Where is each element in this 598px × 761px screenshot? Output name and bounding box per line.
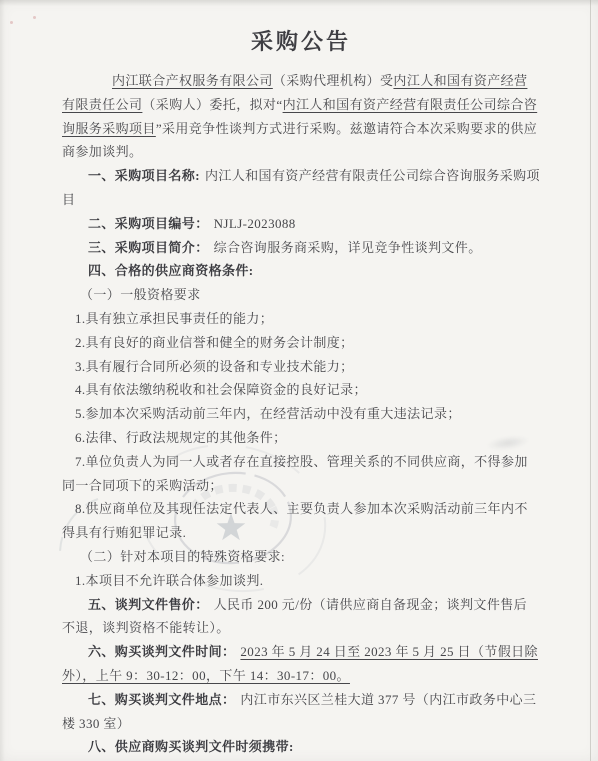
- section-project-name: 一、采购项目名称:内江人和国有资产经营有限责任公司综合咨询服务采购项目: [62, 164, 540, 212]
- list-item: 4.具有依法缴纳税收和社会保障资金的良好记录；: [62, 378, 540, 402]
- scanned-procurement-notice-page: 采购公告 内江联合产权服务有限公司（采购代理机构）受内江人和国有资产经营有限责任…: [0, 0, 598, 761]
- section-purchase-time: 六、购买谈判文件时间：2023 年 5 月 24 日至 2023 年 5 月 2…: [62, 640, 540, 688]
- section-label: 八、供应商购买谈判文件时须携带:: [88, 739, 294, 754]
- list-item: 5.参加本次采购活动前三年内，在经营活动中没有重大违法记录；: [62, 402, 540, 426]
- section-label: 六、购买谈判文件时间：: [88, 644, 235, 659]
- section-documents-to-bring: 八、供应商购买谈判文件时须携带:: [62, 735, 540, 759]
- section-label: 一、采购项目名称:: [88, 168, 200, 183]
- intro-paragraph: 内江联合产权服务有限公司（采购代理机构）受内江人和国有资产经营有限责任公司（采购…: [62, 69, 540, 164]
- subheading-special-requirements: （二）针对本项目的特殊资格要求:: [62, 545, 540, 569]
- section-value: 综合咨询服务商采购，详见竞争性谈判文件。: [214, 240, 482, 255]
- list-item: 6.法律、行政法规规定的其他条件；: [62, 426, 540, 450]
- scan-speck: [10, 21, 13, 24]
- section-label: 七、购买谈判文件地点：: [88, 692, 235, 707]
- list-item: 3.具有履行合同所必须的设备和专业技术能力；: [62, 355, 540, 379]
- paper-edge-line: [590, 0, 591, 761]
- section-project-number: 二、采购项目编号：NJLJ-2023088: [62, 212, 540, 236]
- section-label: 三、采购项目简介：: [88, 240, 209, 255]
- list-item: 1.具有独立承担民事责任的能力；: [62, 307, 540, 331]
- section-purchase-location: 七、购买谈判文件地点：内江市东兴区兰桂大道 377 号（内江市政务中心三楼 33…: [62, 688, 540, 736]
- intro-text: （采购人）委托，拟对“: [142, 97, 282, 112]
- document-body: 采购公告 内江联合产权服务有限公司（采购代理机构）受内江人和国有资产经营有限责任…: [62, 0, 540, 759]
- section-project-brief: 三、采购项目简介：综合咨询服务商采购，详见竞争性谈判文件。: [62, 236, 540, 260]
- intro-text: （采购代理机构）受: [273, 73, 394, 88]
- subheading-general-requirements: （一）一般资格要求: [62, 283, 540, 307]
- section-label: 四、合格的供应商资格条件:: [88, 263, 254, 278]
- list-item: 7.单位负责人为同一人或者存在直接控股、管理关系的不同供应商，不得参加同一合同项…: [62, 450, 540, 498]
- section-label: 二、采购项目编号：: [88, 216, 209, 231]
- list-item: 1.本项目不允许联合体参加谈判.: [62, 569, 540, 593]
- section-supplier-qualifications: 四、合格的供应商资格条件:: [62, 259, 540, 283]
- scan-speck: [33, 16, 36, 19]
- section-document-price: 五、谈判文件售价：人民币 200 元/份（请供应商自备现金；谈判文件售后不退，谈…: [62, 593, 540, 641]
- list-item: 8.供应商单位及其现任法定代表人、主要负责人参加本次采购活动前三年内不得具有行贿…: [62, 497, 540, 545]
- section-value: NJLJ-2023088: [214, 216, 296, 231]
- section-label: 五、谈判文件售价：: [88, 597, 209, 612]
- page-title: 采购公告: [62, 26, 540, 58]
- agency-name: 内江联合产权服务有限公司: [112, 73, 273, 88]
- list-item: 2.具有良好的商业信誉和健全的财务会计制度；: [62, 331, 540, 355]
